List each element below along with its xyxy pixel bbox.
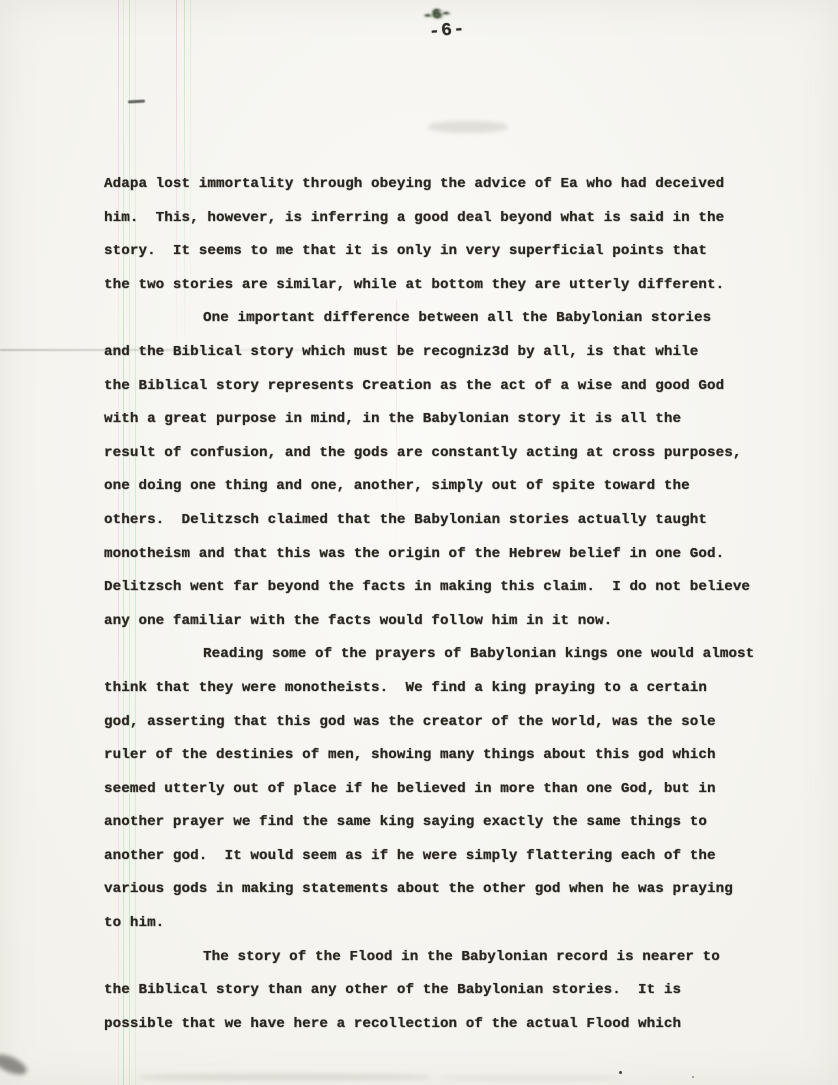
typed-line: another prayer we find the same king say… (104, 806, 784, 840)
typed-line: possible that we have here a recollectio… (104, 1008, 784, 1042)
page-number: -6- (428, 19, 467, 42)
bleedthrough-smudge (428, 121, 508, 133)
typed-line: One important difference between all the… (104, 302, 784, 336)
typed-line: result of confusion, and the gods are co… (104, 437, 784, 471)
ink-speck (619, 1071, 622, 1074)
typed-line: others. Delitzsch claimed that the Babyl… (104, 504, 784, 538)
typed-line: Adapa lost immortality through obeying t… (104, 168, 784, 202)
typed-text-block: Adapa lost immortality through obeying t… (104, 168, 784, 1041)
typed-line: with a great purpose in mind, in the Bab… (104, 403, 784, 437)
typed-line: one doing one thing and one, another, si… (104, 470, 784, 504)
ink-speck (692, 1076, 694, 1078)
typed-line: think that they were monotheists. We fin… (104, 672, 784, 706)
bottom-smudge (140, 1074, 430, 1080)
typed-line: the two stories are similar, while at bo… (104, 269, 784, 303)
typed-line: and the Biblical story which must be rec… (104, 336, 784, 370)
typed-line: ruler of the destinies of men, showing m… (104, 739, 784, 773)
typed-line: Reading some of the prayers of Babylonia… (104, 638, 784, 672)
typed-line: god, asserting that this god was the cre… (104, 706, 784, 740)
typed-line: seemed utterly out of place if he believ… (104, 773, 784, 807)
scanned-page-background: -6- -6- Adapa lost immortality through o… (0, 0, 838, 1085)
typed-line: monotheism and that this was the origin … (104, 538, 784, 572)
corner-ink-mark (0, 1050, 29, 1078)
typed-line: any one familiar with the facts would fo… (104, 605, 784, 639)
typed-line: story. It seems to me that it is only in… (104, 235, 784, 269)
typed-line: the Biblical story represents Creation a… (104, 370, 784, 404)
typed-line: various gods in making statements about … (104, 873, 784, 907)
typed-line: him. This, however, is inferring a good … (104, 202, 784, 236)
bottom-smudge (440, 1076, 620, 1080)
typed-line: the Biblical story than any other of the… (104, 974, 784, 1008)
typed-line: The story of the Flood in the Babylonian… (104, 941, 784, 975)
typed-line: another god. It would seem as if he were… (104, 840, 784, 874)
typed-line: to him. (104, 907, 784, 941)
typed-line: Delitzsch went far beyond the facts in m… (104, 571, 784, 605)
pencil-dash-mark (128, 100, 145, 104)
